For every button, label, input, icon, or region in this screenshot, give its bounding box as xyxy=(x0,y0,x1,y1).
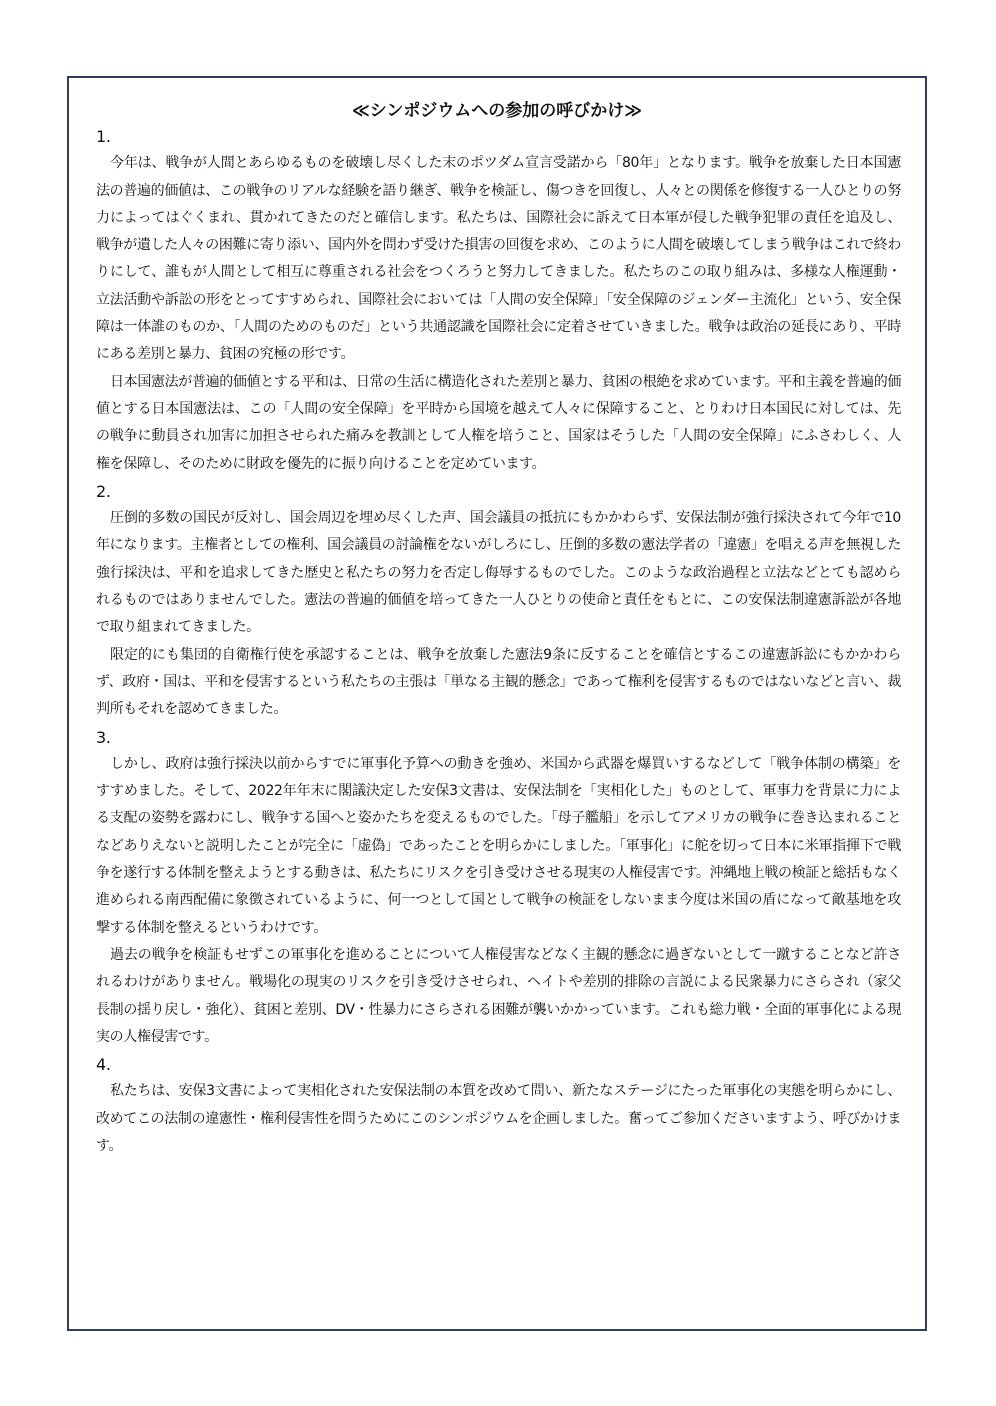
document-title: ≪シンポジウムへの参加の呼びかけ≫ xyxy=(69,96,925,121)
paragraph: 今年は、戦争が人間とあらゆるものを破壊し尽くした末のポツダム宣言受諾から「80年… xyxy=(96,150,901,368)
paragraph: 過去の戦争を検証もせずこの軍事化を進めることについて人権侵害などなく主観的懸念に… xyxy=(96,942,901,1051)
document-body: 1. 今年は、戦争が人間とあらゆるものを破壊し尽くした末のポツダム宣言受諾から「… xyxy=(96,123,901,1160)
section-number: 4. xyxy=(96,1051,901,1078)
section-number: 2. xyxy=(96,478,901,505)
paragraph: 限定的にも集団的自衛権行使を承認することは、戦争を放棄した憲法9条に反することを… xyxy=(96,642,901,724)
paragraph: 私たちは、安保3文書によって実相化された安保法制の本質を改めて問い、新たなステー… xyxy=(96,1078,901,1160)
section-number: 3. xyxy=(96,724,901,751)
section-3: 3. しかし、政府は強行採決以前からすでに軍事化予算への動きを強め、米国から武器… xyxy=(96,724,901,1052)
document-frame: ≪シンポジウムへの参加の呼びかけ≫ 1. 今年は、戦争が人間とあらゆるものを破壊… xyxy=(67,76,927,1331)
paragraph: 圧倒的多数の国民が反対し、国会周辺を埋め尽くした声、国会議員の抵抗にもかかわらず… xyxy=(96,505,901,641)
section-number: 1. xyxy=(96,123,901,150)
section-1: 1. 今年は、戦争が人間とあらゆるものを破壊し尽くした末のポツダム宣言受諾から「… xyxy=(96,123,901,478)
section-4: 4. 私たちは、安保3文書によって実相化された安保法制の本質を改めて問い、新たな… xyxy=(96,1051,901,1160)
paragraph: 日本国憲法が普遍的価値とする平和は、日常の生活に構造化された差別と暴力、貧困の根… xyxy=(96,369,901,478)
paragraph: しかし、政府は強行採決以前からすでに軍事化予算への動きを強め、米国から武器を爆買… xyxy=(96,751,901,942)
section-2: 2. 圧倒的多数の国民が反対し、国会周辺を埋め尽くした声、国会議員の抵抗にもかか… xyxy=(96,478,901,724)
